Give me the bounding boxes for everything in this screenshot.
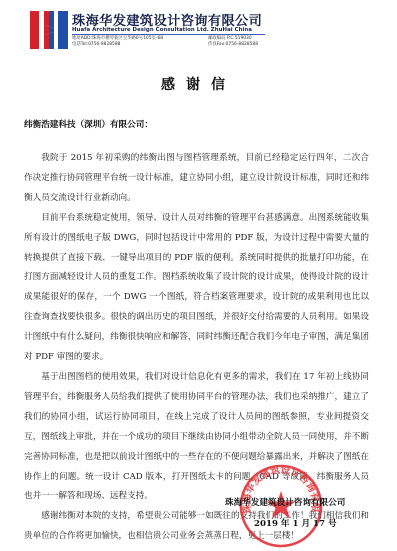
letter-recipient: 纬衡浩建科技（深圳）有限公司：: [24, 118, 153, 130]
paragraph-1: 我院于 2015 年初采购的纬衡出图与图档管理系统，目前已经稳定运行四年，二次合…: [24, 149, 369, 209]
signature-company: 珠海华发建筑设计咨询有限公司: [225, 496, 345, 508]
company-contact-right: 邮政编码 P.C:519030 传真Fax:0756-8828588: [208, 36, 258, 48]
letter-title: 感谢信: [0, 74, 397, 94]
letterhead: 珠海华发建筑设计咨询有限公司 Huafa Architecture Design…: [30, 9, 245, 51]
company-contact-left: 地址ADD:珠海市横琴新区宝华路6号105室-68 电话Tel:0756-882…: [72, 36, 163, 48]
company-logo-icon: [30, 11, 68, 49]
company-fax: 传真Fax:0756-8828588: [208, 42, 258, 48]
company-name-en: Huafa Architecture Design Consultation L…: [72, 27, 252, 33]
paragraph-2: 目前平台系统稳定使用，领导、设计人员对纬衡的管理平台甚感满意。出图系统能收集所有…: [24, 209, 369, 368]
letterhead-divider: [72, 34, 265, 35]
company-tel: 电话Tel:0756-8828588: [72, 42, 163, 48]
signature-date: 2019 年 1 月 17 号: [254, 517, 337, 529]
